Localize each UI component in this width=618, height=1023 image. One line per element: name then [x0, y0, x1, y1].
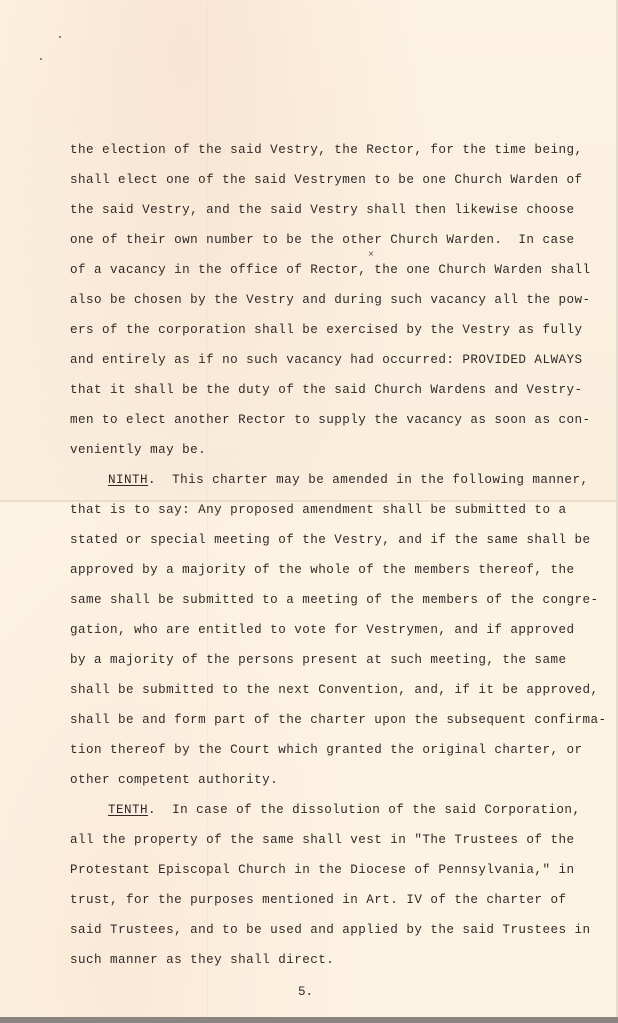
text-line: also be chosen by the Vestry and during …	[70, 292, 591, 308]
paper-speck	[59, 36, 61, 38]
text-line: trust, for the purposes mentioned in Art…	[70, 892, 566, 908]
text-line: such manner as they shall direct.	[70, 952, 334, 968]
paper-speck	[40, 58, 42, 60]
section-tenth-first-line: TENTH. In case of the dissolution of the…	[108, 802, 580, 818]
text-line: tion thereof by the Court which granted …	[70, 742, 582, 758]
text-line: stated or special meeting of the Vestry,…	[70, 532, 591, 548]
section-heading-tenth: TENTH	[108, 803, 148, 817]
section-heading-ninth: NINTH	[108, 473, 148, 487]
text-line: all the property of the same shall vest …	[70, 832, 574, 848]
text-line: and entirely as if no such vacancy had o…	[70, 352, 582, 368]
text-line: gation, who are entitled to vote for Ves…	[70, 622, 574, 638]
text-line: said Trustees, and to be used and applie…	[70, 922, 591, 938]
text-line: by a majority of the persons present at …	[70, 652, 566, 668]
page-number: 5.	[298, 985, 313, 999]
pencil-x-mark: ×	[368, 250, 374, 261]
text-line: the said Vestry, and the said Vestry sha…	[70, 202, 574, 218]
text-line: shall be submitted to the next Conventio…	[70, 682, 599, 698]
text-line: veniently may be.	[70, 442, 206, 458]
text-line: the election of the said Vestry, the Rec…	[70, 142, 582, 158]
text-line: of a vacancy in the office of Rector, th…	[70, 262, 591, 278]
text-line: same shall be submitted to a meeting of …	[70, 592, 599, 608]
text-line: that is to say: Any proposed amendment s…	[70, 502, 566, 518]
text-span: . This charter may be amended in the fol…	[148, 473, 588, 487]
text-line: that it shall be the duty of the said Ch…	[70, 382, 582, 398]
text-line: other competent authority.	[70, 772, 278, 788]
text-line: approved by a majority of the whole of t…	[70, 562, 574, 578]
text-line: shall be and form part of the charter up…	[70, 712, 607, 728]
text-span: . In case of the dissolution of the said…	[148, 803, 580, 817]
document-page: × the election of the said Vestry, the R…	[0, 0, 618, 1017]
section-ninth-first-line: NINTH. This charter may be amended in th…	[108, 472, 588, 488]
text-line: Protestant Episcopal Church in the Dioce…	[70, 862, 574, 878]
text-line: ers of the corporation shall be exercise…	[70, 322, 582, 338]
text-line: one of their own number to be the other …	[70, 232, 574, 248]
text-line: shall elect one of the said Vestrymen to…	[70, 172, 582, 188]
text-line: men to elect another Rector to supply th…	[70, 412, 591, 428]
